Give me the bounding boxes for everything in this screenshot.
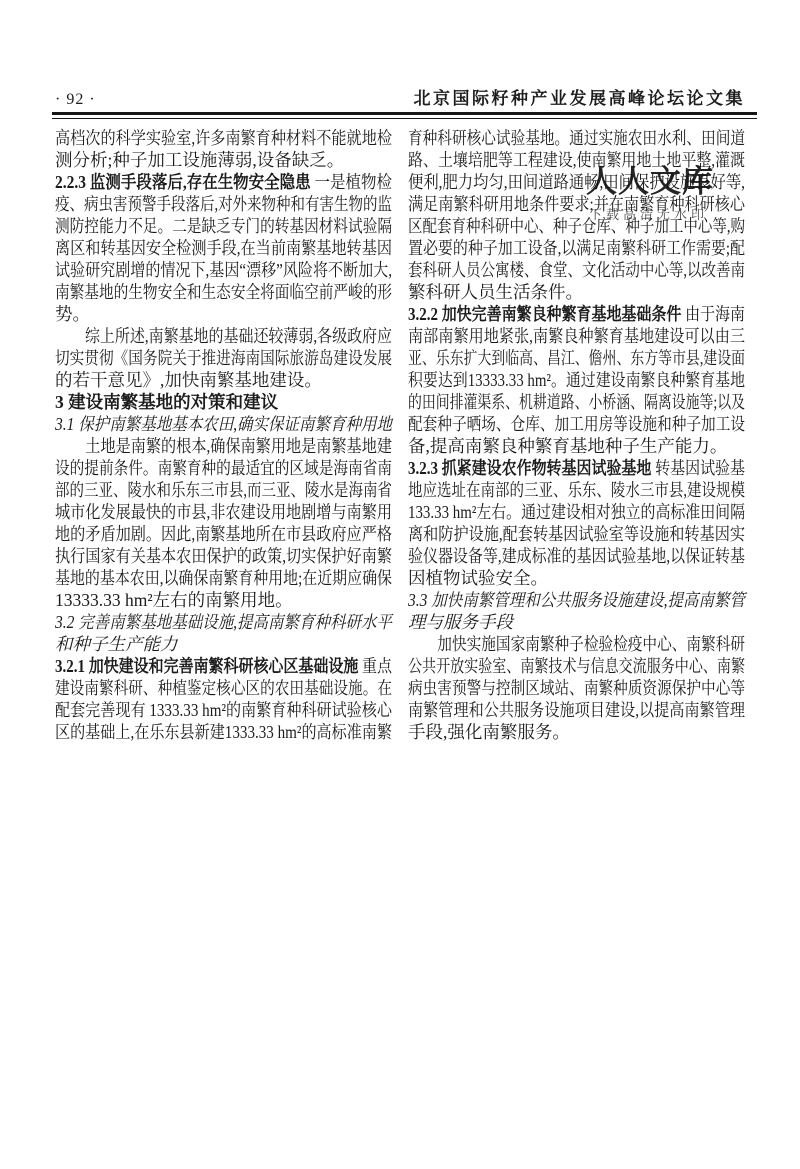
text-line: 的若干意见》,加快南繁基地建设。: [55, 369, 392, 391]
text-line: 配套种子晒场、仓库、加工用房等设施和种子加工设: [408, 413, 745, 435]
text-line: 部的三亚、陵水和乐东三市县,而三亚、陵水是海南省: [55, 479, 392, 501]
text-segment: 备,提高南繁良种繁育基地种子生产能力。: [408, 436, 727, 456]
text-segment: 南部南繁用地紧张,南繁良种繁育基地建设可以由三: [408, 326, 745, 346]
text-segment: 配套种子晒场、仓库、加工用房等设施和种子加工设: [408, 414, 745, 434]
text-segment: 疫、病虫害预警手段落后,对外来物种和有害生物的监: [55, 194, 392, 214]
text-line: 3.3 加快南繁管理和公共服务设施建设,提高南繁管: [408, 589, 745, 611]
text-segment: 土地是南繁的根本,确保南繁用地是南繁基地建: [85, 436, 392, 456]
text-segment: 手段,强化南繁服务。: [408, 722, 570, 742]
watermark-download-hint: 下载高清无水印: [589, 204, 708, 223]
text-line: 执行国家有关基本农田保护的政策,切实保护好南繁: [55, 545, 392, 567]
text-line: 离和防护设施,配套转基因试验室等设施和转基因实: [408, 523, 745, 545]
text-segment: 病虫害预警与控制区域站、南繁种质资源保护中心等: [408, 678, 745, 698]
text-line: 综上所述,南繁基地的基础还较薄弱,各级政府应: [55, 325, 392, 347]
text-segment: 3.3 加快南繁管理和公共服务设施建设,提高南繁管: [408, 590, 745, 610]
text-segment: 13333.33 hm²左右的南繁用地。: [55, 590, 293, 610]
text-line: 手段,强化南繁服务。: [408, 721, 745, 743]
page-header: · 92 · 北京国际籽种产业发展高峰论坛论文集: [55, 84, 745, 106]
text-line: 置必要的种子加工设备,以满足南繁科研工作需要;配: [408, 237, 745, 259]
text-segment: 转基因试验基: [651, 458, 745, 478]
text-segment: 重点: [358, 656, 392, 676]
text-segment: 理与服务手段: [408, 612, 513, 632]
text-segment: 南繁基地的生物安全和生态安全将面临空前严峻的形: [55, 282, 392, 302]
text-segment: 地应选址在南部的三亚、乐东、陵水三市县,建设规模: [408, 480, 745, 500]
text-line: 13333.33 hm²左右的南繁用地。: [55, 589, 392, 611]
text-segment: 基地的基本农田,以确保南繁育种用地;在近期应确保: [55, 568, 392, 588]
text-line: 积要达到13333.33 hm²。通过建设南繁良种繁育基地: [408, 369, 745, 391]
text-segment: 133.33 hm²左右。通过建设相对独立的高标准田间隔: [408, 502, 745, 522]
text-segment: 测分析;种子加工设施薄弱,设备缺乏。: [55, 150, 344, 170]
text-segment: 亚、乐东扩大到临高、昌江、儋州、东方等市县,建设面: [408, 348, 745, 368]
text-line: 切实贯彻《国务院关于推进海南国际旅游岛建设发展: [55, 347, 392, 369]
text-line: 因植物试验安全。: [408, 567, 745, 589]
text-segment: 综上所述,南繁基地的基础还较薄弱,各级政府应: [85, 326, 392, 346]
text-segment: 南繁管理和公共服务设施项目建设,以提高南繁管理: [408, 700, 745, 720]
text-line: 3.1 保护南繁基地基本农田,确实保证南繁育种用地: [55, 413, 392, 435]
text-segment: 区的基础上,在乐东县新建1333.33 hm²的高标准南繁: [55, 722, 392, 742]
text-line: 公共开放实验室、南繁技术与信息交流服务中心、南繁: [408, 655, 745, 677]
text-segment: 由于海南: [681, 304, 745, 324]
text-segment: 一是植物检: [311, 172, 392, 192]
text-segment: 部的三亚、陵水和乐东三市县,而三亚、陵水是海南省: [55, 480, 392, 500]
text-segment: 公共开放实验室、南繁技术与信息交流服务中心、南繁: [408, 656, 745, 676]
text-segment: 套科研人员公寓楼、食堂、文化活动中心等,以改善南: [408, 260, 745, 280]
text-line: 基地的基本农田,以确保南繁育种用地;在近期应确保: [55, 567, 392, 589]
journal-title: 北京国际籽种产业发展高峰论坛论文集: [414, 84, 746, 109]
text-line: 疫、病虫害预警手段落后,对外来物种和有害生物的监: [55, 193, 392, 215]
text-line: 南繁基地的生物安全和生态安全将面临空前严峻的形: [55, 281, 392, 303]
text-line: 南繁管理和公共服务设施项目建设,以提高南繁管理: [408, 699, 745, 721]
text-segment: 加快实施国家南繁种子检验检疫中心、南繁科研: [437, 634, 745, 654]
text-segment: 试验研究剧增的情况下,基因“漂移”风险将不断加大,: [55, 260, 392, 280]
text-line: 133.33 hm²左右。通过建设相对独立的高标准田间隔: [408, 501, 745, 523]
text-segment: 3.1 保护南繁基地基本农田,确实保证南繁育种用地: [55, 414, 392, 434]
text-line: 套科研人员公寓楼、食堂、文化活动中心等,以改善南: [408, 259, 745, 281]
text-segment: 3 建设南繁基地的对策和建议: [55, 392, 278, 412]
document-page: · 92 · 北京国际籽种产业发展高峰论坛论文集 高档次的科学实验室,许多南繁育…: [0, 0, 800, 1169]
text-segment: 势。: [55, 304, 90, 324]
text-line: 势。: [55, 303, 392, 325]
text-line: 区的基础上,在乐东县新建1333.33 hm²的高标准南繁: [55, 721, 392, 743]
text-line: 3.2.3 抓紧建设农作物转基因试验基地 转基因试验基: [408, 457, 745, 479]
text-line: 理与服务手段: [408, 611, 745, 633]
text-line: 测分析;种子加工设施薄弱,设备缺乏。: [55, 149, 392, 171]
text-segment: 3.2.1 加快建设和完善南繁科研核心区基础设施: [55, 656, 358, 676]
text-segment: 验仪器设备等,建成标准的基因试验基地,以保证转基: [408, 546, 745, 566]
text-line: 测防控能力不足。二是缺乏专门的转基因材料试验隔: [55, 215, 392, 237]
text-line: 试验研究剧增的情况下,基因“漂移”风险将不断加大,: [55, 259, 392, 281]
watermark-logo-text: 人人文库: [586, 156, 714, 201]
text-line: 建设南繁科研、种植鉴定核心区的农田基础设施。在: [55, 677, 392, 699]
text-segment: 城市化发展最快的市县,非农建设用地剧增与南繁用: [55, 502, 392, 522]
text-line: 配套完善现有 1333.33 hm²的南繁育种科研试验核心: [55, 699, 392, 721]
page-number: · 92 ·: [55, 91, 96, 109]
text-segment: 3.2.3 抓紧建设农作物转基因试验基地: [408, 458, 651, 478]
text-line: 离区和转基因安全检测手段,在当前南繁基地转基因: [55, 237, 392, 259]
text-segment: 繁科研人员生活条件。: [408, 282, 583, 302]
text-line: 地的矛盾加剧。因此,南繁基地所在市县政府应严格: [55, 523, 392, 545]
text-segment: 育种科研核心试验基地。通过实施农田水利、田间道: [408, 128, 745, 148]
text-segment: 执行国家有关基本农田保护的政策,切实保护好南繁: [55, 546, 392, 566]
text-segment: 的若干意见》,加快南繁基地建设。: [55, 370, 322, 390]
text-column-left: 高档次的科学实验室,许多南繁育种材料不能就地检测分析;种子加工设施薄弱,设备缺乏…: [55, 127, 392, 743]
text-line: 3.2 完善南繁基地基础设施,提高南繁育种科研水平: [55, 611, 392, 633]
text-line: 高档次的科学实验室,许多南繁育种材料不能就地检: [55, 127, 392, 149]
text-segment: 和种子生产能力: [55, 634, 178, 654]
text-line: 繁科研人员生活条件。: [408, 281, 745, 303]
text-segment: 切实贯彻《国务院关于推进海南国际旅游岛建设发展: [55, 348, 392, 368]
text-segment: 建设南繁科研、种植鉴定核心区的农田基础设施。在: [55, 678, 392, 698]
text-segment: 3.2 完善南繁基地基础设施,提高南繁育种科研水平: [55, 612, 392, 632]
text-segment: 配套完善现有 1333.33 hm²的南繁育种科研试验核心: [55, 700, 392, 720]
text-segment: 3.2.2 加快完善南繁良种繁育基地基础条件: [408, 304, 681, 324]
text-line: 地应选址在南部的三亚、乐东、陵水三市县,建设规模: [408, 479, 745, 501]
text-segment: 置必要的种子加工设备,以满足南繁科研工作需要;配: [408, 238, 745, 258]
text-segment: 地的矛盾加剧。因此,南繁基地所在市县政府应严格: [55, 524, 392, 544]
text-segment: 离区和转基因安全检测手段,在当前南繁基地转基因: [55, 238, 392, 258]
text-line: 南部南繁用地紧张,南繁良种繁育基地建设可以由三: [408, 325, 745, 347]
text-line: 3 建设南繁基地的对策和建议: [55, 391, 392, 413]
text-segment: 2.2.3 监测手段落后,存在生物安全隐患: [55, 172, 311, 192]
text-line: 备,提高南繁良种繁育基地种子生产能力。: [408, 435, 745, 457]
text-line: 的田间排灌渠系、机耕道路、小桥涵、隔离设施等;以及: [408, 391, 745, 413]
header-rule: [52, 112, 757, 119]
text-line: 3.2.1 加快建设和完善南繁科研核心区基础设施 重点: [55, 655, 392, 677]
text-segment: 积要达到13333.33 hm²。通过建设南繁良种繁育基地: [408, 370, 745, 390]
text-line: 加快实施国家南繁种子检验检疫中心、南繁科研: [408, 633, 745, 655]
text-line: 验仪器设备等,建成标准的基因试验基地,以保证转基: [408, 545, 745, 567]
text-line: 病虫害预警与控制区域站、南繁种质资源保护中心等: [408, 677, 745, 699]
text-line: 亚、乐东扩大到临高、昌江、儋州、东方等市县,建设面: [408, 347, 745, 369]
text-line: 和种子生产能力: [55, 633, 392, 655]
text-segment: 设的提前条件。南繁育种的最适宜的区域是海南省南: [55, 458, 392, 478]
text-segment: 离和防护设施,配套转基因试验室等设施和转基因实: [408, 524, 745, 544]
text-line: 城市化发展最快的市县,非农建设用地剧增与南繁用: [55, 501, 392, 523]
text-line: 2.2.3 监测手段落后,存在生物安全隐患 一是植物检: [55, 171, 392, 193]
text-segment: 高档次的科学实验室,许多南繁育种材料不能就地检: [55, 128, 392, 148]
text-line: 育种科研核心试验基地。通过实施农田水利、田间道: [408, 127, 745, 149]
text-segment: 因植物试验安全。: [408, 568, 548, 588]
text-segment: 的田间排灌渠系、机耕道路、小桥涵、隔离设施等;以及: [408, 392, 745, 412]
text-line: 3.2.2 加快完善南繁良种繁育基地基础条件 由于海南: [408, 303, 745, 325]
text-line: 设的提前条件。南繁育种的最适宜的区域是海南省南: [55, 457, 392, 479]
text-line: 土地是南繁的根本,确保南繁用地是南繁基地建: [55, 435, 392, 457]
text-segment: 测防控能力不足。二是缺乏专门的转基因材料试验隔: [55, 216, 392, 236]
